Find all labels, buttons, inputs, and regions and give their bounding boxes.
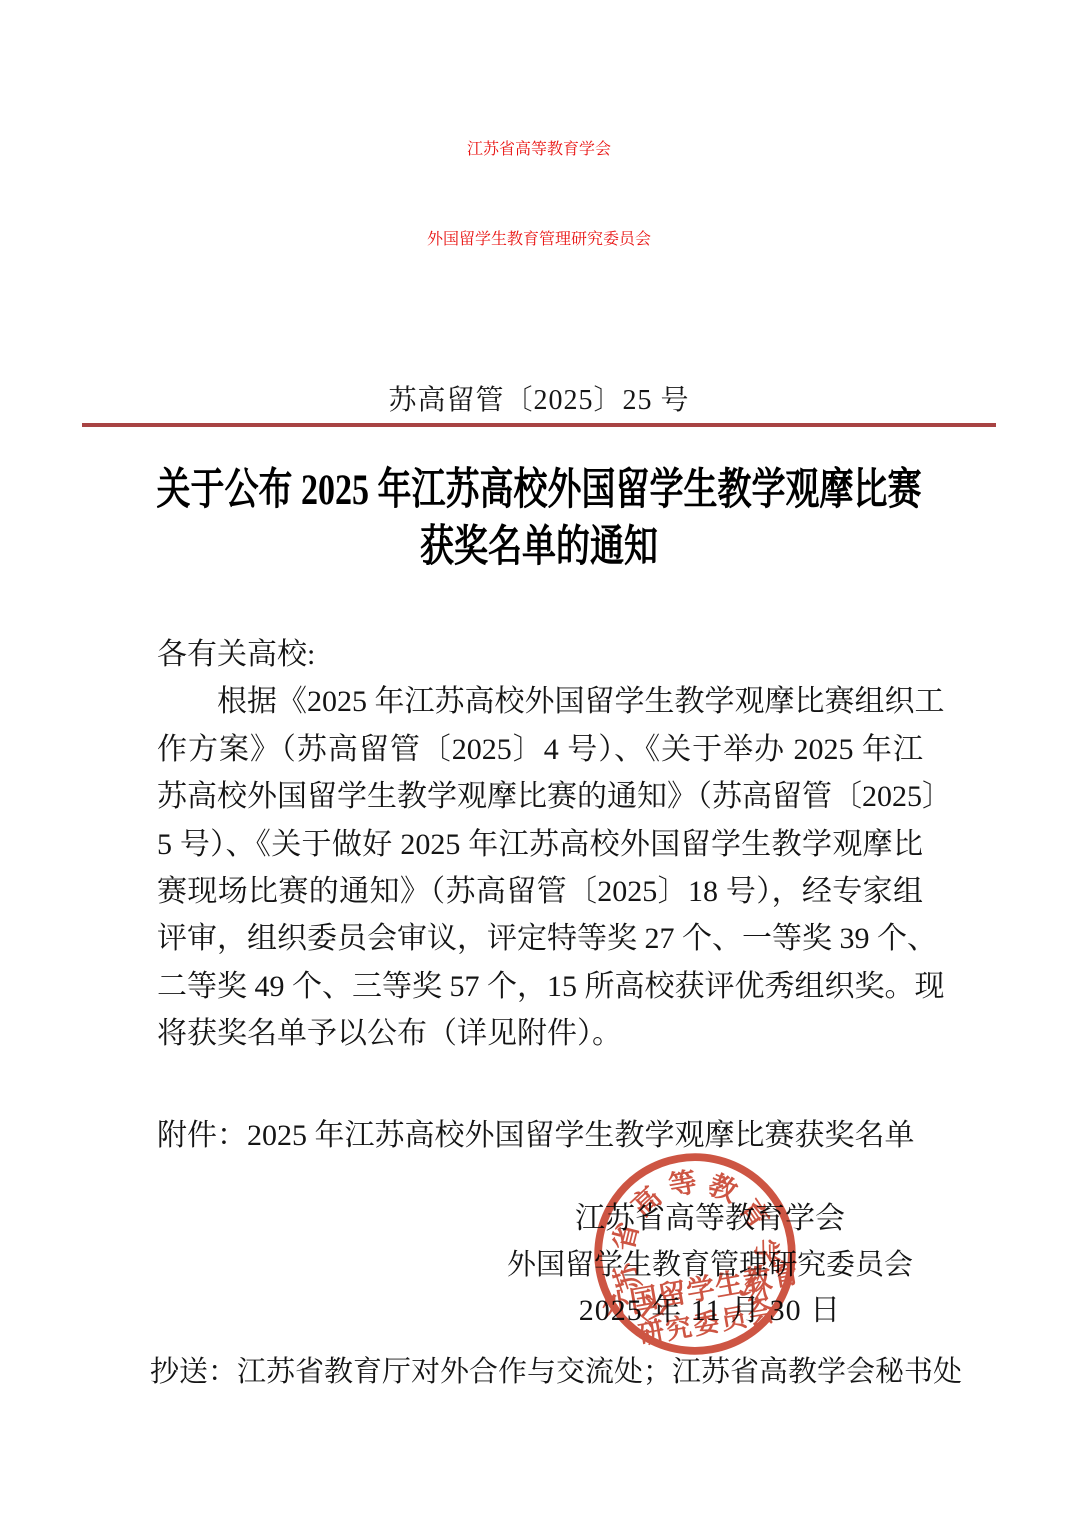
body-text-line: 将获奖名单予以公布（详见附件）。 [157,1010,923,1057]
body-text-line: 苏高校外国留学生教学观摩比赛的通知》（苏高留管〔2025〕 [157,773,923,820]
letterhead-line-1: 江苏省高等教育学会 [0,136,1078,159]
attachment-line: 附件：2025 年江苏高校外国留学生教学观摩比赛获奖名单 [157,1112,957,1159]
body-text-line: 作方案》（苏高留管〔2025〕4 号）、《关于举办 2025 年江 [157,726,923,773]
body-text: 各有关高校: 根据《2025 年江苏高校外国留学生教学观摩比赛组织工作方案》（苏… [157,631,923,1058]
body-text-line: 根据《2025 年江苏高校外国留学生教学观摩比赛组织工 [157,678,923,725]
red-divider-rule [82,423,996,427]
seal-ring-char: 高 [626,1181,668,1223]
body-paragraph: 根据《2025 年江苏高校外国留学生教学观摩比赛组织工作方案》（苏高留管〔202… [157,678,923,1057]
document-page: 江苏省高等教育学会 外国留学生教育管理研究委员会 苏高留管〔2025〕25 号 … [0,0,1078,1524]
body-text-line: 5 号）、《关于做好 2025 年江苏高校外国留学生教学观摩比 [157,821,923,868]
body-text-line: 赛现场比赛的通知》（苏高留管〔2025〕18 号），经专家组 [157,868,923,915]
cc-line: 抄送：江苏省教育厅对外合作与交流处；江苏省高教学会秘书处 [150,1350,1030,1394]
salutation: 各有关高校: [157,631,923,678]
official-seal-graphic: 江苏省高等教育学会 外国留学生教育 研究委员会 [576,1135,815,1374]
document-number: 苏高留管〔2025〕25 号 [0,378,1078,418]
seal-ring-char: 等 [666,1167,699,1202]
document-title-line-2: 获奖名单的通知 [0,511,1078,584]
body-text-line: 评审，组织委员会审议，评定特等奖 27 个、一等奖 39 个、 [157,915,923,962]
letterhead-line-2: 外国留学生教育管理研究委员会 [0,226,1078,249]
body-text-line: 二等奖 49 个、三等奖 57 个，15 所高校获评优秀组织奖。现 [157,963,923,1010]
seal-ring-char: 教 [704,1170,742,1209]
document-title: 关于公布 2025 年江苏高校外国留学生教学观摩比赛 获奖名单的通知 [0,462,1078,576]
seal-ring-char: 省 [608,1220,645,1255]
seal-ring-char: 育 [733,1194,775,1235]
official-seal: 江苏省高等教育学会 外国留学生教育 研究委员会 [576,1135,815,1374]
